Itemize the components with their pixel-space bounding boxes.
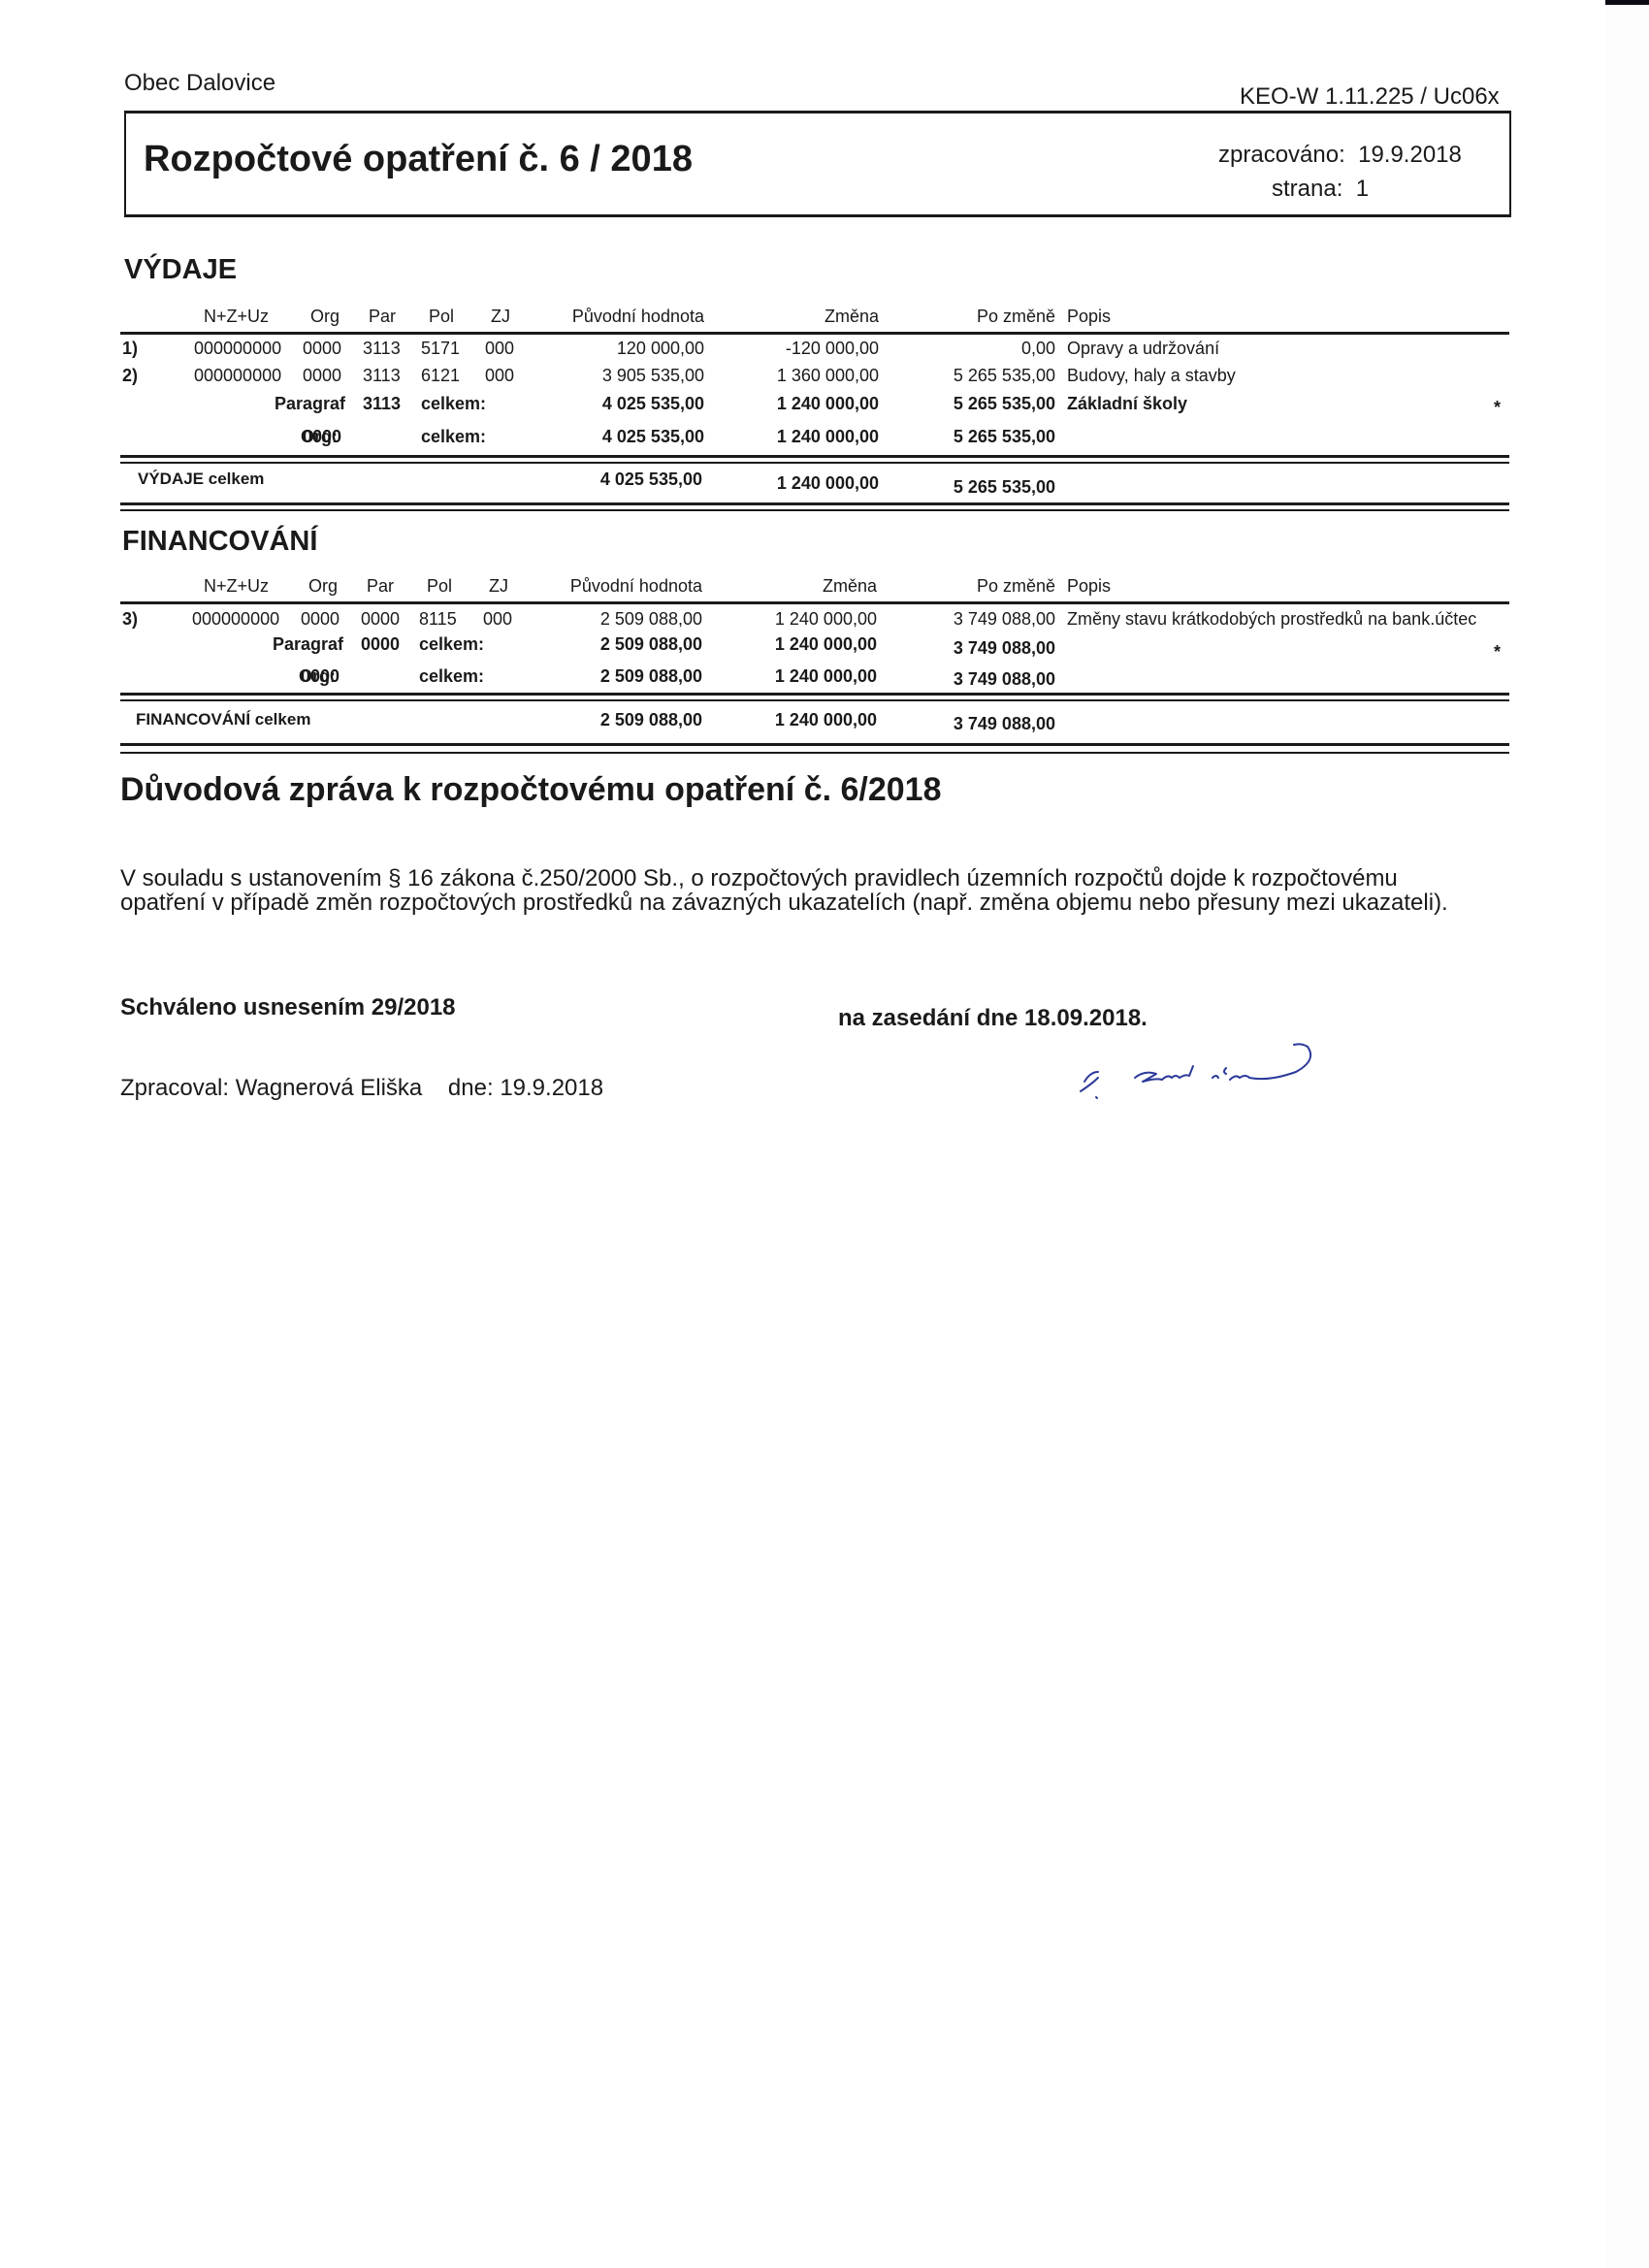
cell-original: 4 025 535,00 [508, 470, 702, 490]
scan-edge [1606, 0, 1649, 2268]
cell-after: 5 265 535,00 [896, 394, 1055, 414]
cell-original: 2 509 088,00 [508, 634, 702, 655]
paragraph-total-row: Paragraf 0000 celkem: 2 509 088,00 1 240… [120, 634, 1509, 658]
divider [120, 601, 1509, 604]
cell-change: 1 240 000,00 [702, 427, 879, 447]
asterisk-marker: * [1494, 398, 1501, 418]
processed-by: Zpracoval: Wagnerová Eliška dne: 19.9.20… [120, 1075, 603, 1102]
paragraph-total-row: Paragraf 3113 celkem: 4 025 535,00 1 240… [120, 394, 1509, 417]
paragraph-suffix: celkem: [419, 634, 484, 655]
cell-original: 3 905 535,00 [508, 366, 704, 386]
cell-description: Změny stavu krátkodobých prostředků na b… [1067, 609, 1476, 630]
col-nzuz: N+Z+Uz [204, 307, 269, 327]
col-change: Změna [702, 307, 879, 327]
org-code: 0000 [301, 666, 339, 687]
org-total-row: Org: 0000 celkem: 2 509 088,00 1 240 000… [120, 666, 1509, 690]
cell-original: 4 025 535,00 [508, 427, 704, 447]
expenses-heading: VÝDAJE [124, 254, 237, 286]
table-row: 3) 000000000 0000 0000 8115 000 2 509 08… [120, 609, 1509, 632]
report-title: Důvodová zpráva k rozpočtovému opatření … [120, 771, 942, 809]
cell-description: Základní školy [1067, 394, 1187, 414]
cell-after: 0,00 [896, 339, 1055, 359]
cell-description: Opravy a udržování [1067, 339, 1219, 359]
col-zj: ZJ [489, 576, 508, 597]
financing-heading: FINANCOVÁNÍ [122, 526, 317, 558]
report-body: V souladu s ustanovením § 16 zákona č.25… [120, 866, 1478, 915]
divider [120, 693, 1509, 696]
signature-icon [1067, 1033, 1377, 1111]
cell-description: Budovy, haly a stavby [1067, 366, 1236, 386]
cell-original: 4 025 535,00 [508, 394, 704, 414]
cell-par: 3113 [363, 366, 401, 386]
col-change: Změna [702, 576, 877, 597]
cell-change: 1 240 000,00 [702, 394, 879, 414]
cell-original: 120 000,00 [508, 339, 704, 359]
col-nzuz: N+Z+Uz [204, 576, 269, 597]
col-original: Původní hodnota [508, 576, 702, 597]
org-suffix: celkem: [419, 666, 484, 687]
paragraph-suffix: celkem: [421, 394, 486, 414]
table-row: 2) 000000000 0000 3113 6121 000 3 905 53… [120, 366, 1509, 389]
paragraph-label: Paragraf [217, 634, 343, 655]
cell-original: 2 509 088,00 [508, 710, 702, 730]
divider [120, 502, 1509, 505]
cell-org: 0000 [303, 339, 341, 359]
org-total-row: Org: 0000 celkem: 4 025 535,00 1 240 000… [120, 427, 1509, 450]
cell-after: 5 265 535,00 [896, 477, 1055, 498]
processed-by-name: Wagnerová Eliška [236, 1075, 423, 1101]
cell-org: 0000 [303, 366, 341, 386]
approval-resolution: Schváleno usnesením 29/2018 [120, 994, 456, 1021]
cell-pol: 5171 [421, 339, 460, 359]
processed-on-date: 19.9.2018 [500, 1075, 603, 1101]
table-header: N+Z+Uz Org Par Pol ZJ Původní hodnota Zm… [120, 576, 1509, 599]
processed-on-label: dne: [448, 1075, 494, 1101]
cell-after: 5 265 535,00 [896, 366, 1055, 386]
cell-change: 1 240 000,00 [702, 666, 877, 687]
cell-change: 1 240 000,00 [702, 634, 877, 655]
table-header: N+Z+Uz Org Par Pol ZJ Původní hodnota Zm… [120, 307, 1509, 330]
cell-change: 1 240 000,00 [702, 473, 879, 494]
cell-after: 3 749 088,00 [896, 714, 1055, 734]
row-number: 1) [122, 339, 138, 359]
row-number: 3) [122, 609, 138, 630]
cell-org: 0000 [301, 609, 339, 630]
organization-name: Obec Dalovice [124, 70, 275, 97]
cell-after: 3 749 088,00 [896, 638, 1055, 659]
col-original: Původní hodnota [508, 307, 704, 327]
cell-nzuz: 000000000 [192, 609, 279, 630]
cell-original: 2 509 088,00 [508, 609, 702, 630]
divider [120, 509, 1509, 511]
col-description: Popis [1067, 576, 1111, 597]
software-version: KEO-W 1.11.225 / Uc06x [1240, 83, 1500, 111]
page-indicator: strana: 1 [1272, 176, 1369, 203]
processed-value: 19.9.2018 [1358, 142, 1462, 168]
asterisk-marker: * [1494, 642, 1501, 663]
meeting-date: na zasedání dne 18.09.2018. [838, 1005, 1148, 1032]
cell-after: 3 749 088,00 [896, 609, 1055, 630]
paragraph-code: 0000 [361, 634, 400, 655]
cell-nzuz: 000000000 [194, 366, 281, 386]
grand-total-row: VÝDAJE celkem 4 025 535,00 1 240 000,00 … [120, 470, 1509, 493]
cell-change: -120 000,00 [702, 339, 879, 359]
org-suffix: celkem: [421, 427, 486, 447]
cell-after: 5 265 535,00 [896, 427, 1055, 447]
divider [120, 743, 1509, 746]
col-description: Popis [1067, 307, 1111, 327]
table-row: 1) 000000000 0000 3113 5171 000 120 000,… [120, 339, 1509, 362]
cell-change: 1 240 000,00 [702, 609, 877, 630]
cell-change: 1 360 000,00 [702, 366, 879, 386]
processed-date: zpracováno: 19.9.2018 [1218, 142, 1462, 169]
col-zj: ZJ [491, 307, 510, 327]
processed-by-label: Zpracoval: [120, 1075, 229, 1101]
divider [120, 455, 1509, 458]
col-par: Par [367, 576, 394, 597]
cell-original: 2 509 088,00 [508, 666, 702, 687]
cell-change: 1 240 000,00 [702, 710, 877, 730]
cell-par: 3113 [363, 339, 401, 359]
processed-label: zpracováno: [1218, 142, 1345, 168]
col-pol: Pol [429, 307, 454, 327]
row-number: 2) [122, 366, 138, 386]
page-label: strana: [1272, 176, 1342, 202]
grand-total-label: VÝDAJE celkem [138, 470, 264, 489]
cell-pol: 6121 [421, 366, 460, 386]
divider [120, 699, 1509, 701]
document-title: Rozpočtové opatření č. 6 / 2018 [144, 139, 693, 180]
grand-total-label: FINANCOVÁNÍ celkem [136, 710, 310, 729]
org-code: 0000 [303, 427, 341, 447]
cell-pol: 8115 [419, 609, 457, 630]
page-number: 1 [1356, 176, 1369, 202]
cell-nzuz: 000000000 [194, 339, 281, 359]
col-pol: Pol [427, 576, 452, 597]
divider [120, 462, 1509, 464]
paragraph-code: 3113 [363, 394, 401, 414]
col-after: Po změně [896, 576, 1055, 597]
cell-par: 0000 [361, 609, 400, 630]
col-org: Org [308, 576, 338, 597]
col-after: Po změně [896, 307, 1055, 327]
paragraph-label: Paragraf [217, 394, 345, 414]
divider [120, 752, 1509, 754]
scan-edge-mark [1605, 0, 1649, 5]
col-par: Par [369, 307, 396, 327]
col-org: Org [310, 307, 339, 327]
divider [120, 332, 1509, 335]
cell-after: 3 749 088,00 [896, 669, 1055, 690]
grand-total-row: FINANCOVÁNÍ celkem 2 509 088,00 1 240 00… [120, 710, 1509, 733]
